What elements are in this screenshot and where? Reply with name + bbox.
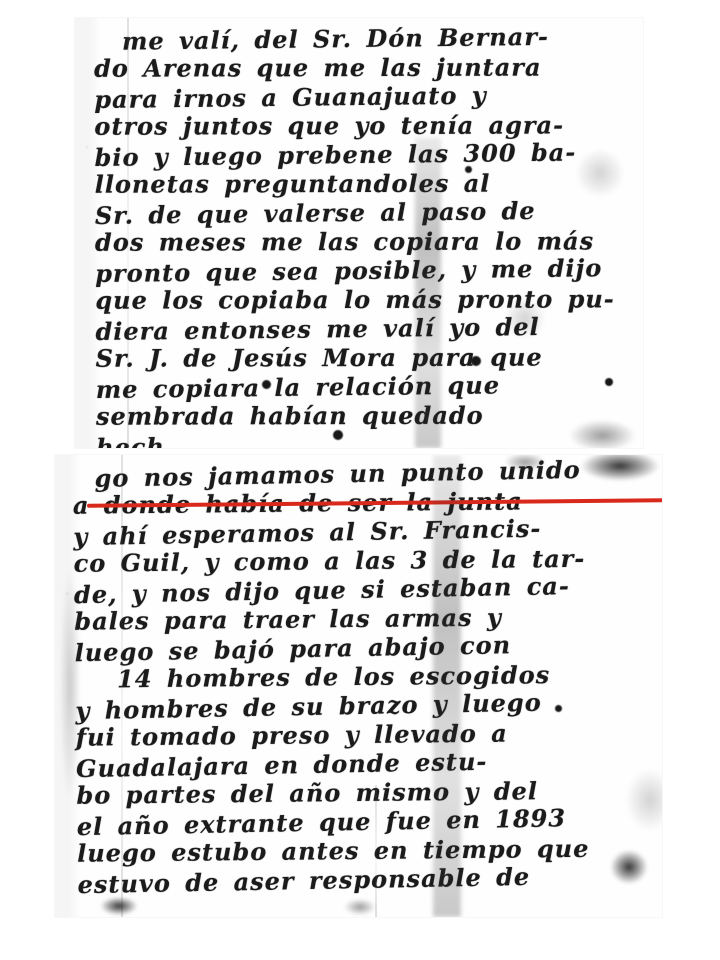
manuscript-line: que los copiaba lo más pronto pu- xyxy=(75,284,643,314)
manuscript-line: Sr. de que valerse al paso de xyxy=(75,195,643,230)
manuscript-line: Sr. J. de Jesús Mora para que xyxy=(76,342,643,372)
manuscript-line: diera entonses me valí yo del xyxy=(75,311,643,346)
manuscript-line: otros juntos que yo tenía agra- xyxy=(75,110,642,140)
manuscript-line: dos meses me las copiara lo más xyxy=(75,226,643,256)
manuscript-line: me valí, del Sr. Dón Bernar- xyxy=(75,21,642,56)
manuscript-line: bio y luego prebene las 300 ba- xyxy=(75,137,643,172)
manuscript-line: me copiara la relación que xyxy=(76,369,643,404)
scan-strip-top: me valí, del Sr. Dón Bernar- do Arenas q… xyxy=(75,18,643,448)
manuscript-line: llonetas preguntandoles al xyxy=(75,168,643,198)
handwritten-text-block-bottom: go nos jamamos un punto unido a donde ha… xyxy=(55,455,662,898)
manuscript-line: do Arenas que me las juntara xyxy=(75,52,642,82)
scan-strip-bottom: go nos jamamos un punto unido a donde ha… xyxy=(55,455,662,917)
handwritten-text-block-top: me valí, del Sr. Dón Bernar- do Arenas q… xyxy=(75,18,643,448)
manuscript-line: para irnos a Guanajuato y xyxy=(75,79,642,114)
scanned-document-page: { "page": { "background_color": "#ffffff… xyxy=(0,0,720,960)
manuscript-line: pronto que sea posible, y me dijo xyxy=(75,253,643,288)
ink-blotch xyxy=(337,895,383,917)
manuscript-line: sembrada habían quedado xyxy=(76,400,643,430)
